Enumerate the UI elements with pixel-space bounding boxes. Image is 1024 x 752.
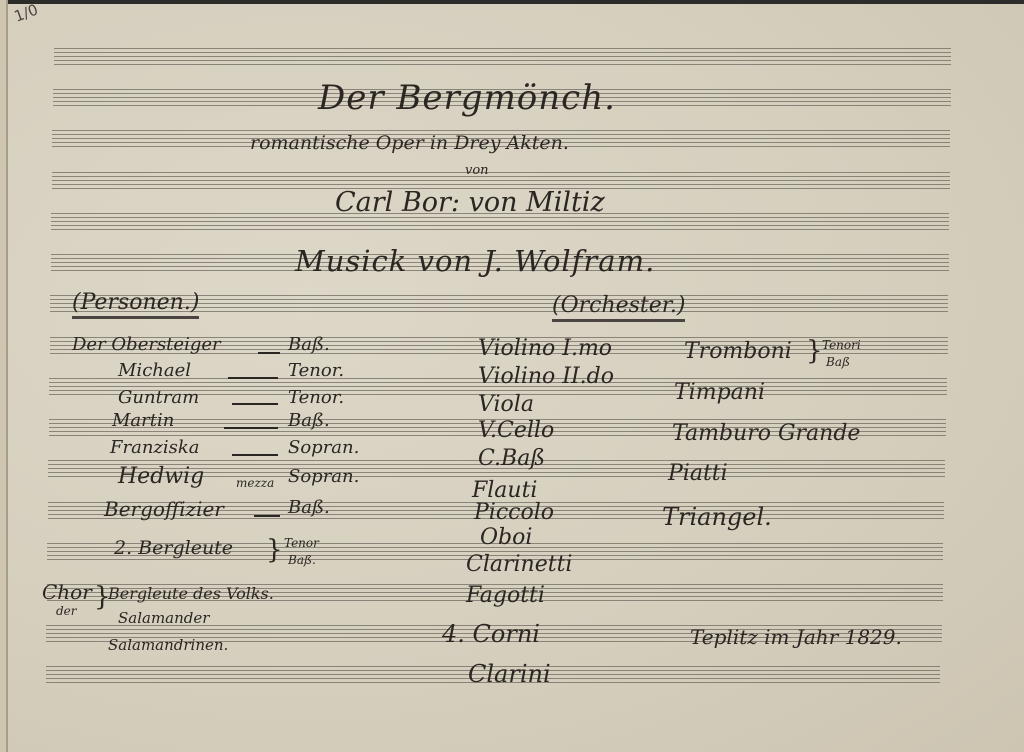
chorus-label-sub: der: [56, 604, 77, 618]
instrument-part-upper: Tenori: [822, 338, 861, 352]
librettist: Carl Bor: von Miltiz: [335, 187, 605, 218]
role-dash: [228, 377, 278, 379]
opera-subtitle: romantische Oper in Drey Akten.: [250, 132, 569, 154]
by-label: von: [465, 163, 489, 178]
instrument: V.Cello: [478, 418, 554, 443]
instrument: C.Baß: [478, 446, 545, 471]
instrument: Clarinetti: [466, 552, 572, 577]
instrument: Fagotti: [466, 583, 545, 608]
instrument: Piatti: [668, 461, 728, 486]
person-role: Franziska: [110, 437, 200, 458]
person-role: Guntram: [118, 387, 199, 408]
person-voice-upper: Tenor: [284, 536, 319, 550]
person-voice: Baß.: [288, 497, 330, 518]
instrument: Oboi: [480, 525, 532, 550]
role-dash: [254, 515, 280, 517]
person-role: Der Obersteiger: [72, 334, 221, 355]
person-voice: Tenor.: [288, 360, 344, 381]
staff: [54, 48, 951, 65]
person-role: Hedwig: [118, 464, 204, 489]
person-role: Martin: [112, 410, 174, 431]
chorus-member: Salamander: [118, 609, 209, 627]
composer: Musick von J. Wolfram.: [295, 244, 655, 278]
instrument: 4. Corni: [442, 620, 540, 648]
person-qualifier: mezza: [236, 476, 274, 490]
chorus-label: Chor: [42, 580, 92, 604]
person-role: Bergoffizier: [104, 497, 224, 521]
instrument: Piccolo: [474, 500, 554, 525]
instrument: Timpani: [674, 380, 765, 405]
instrument: Clarini: [468, 660, 551, 688]
chorus-member: Bergleute des Volks.: [108, 584, 274, 603]
instrument-part-lower: Baß: [826, 355, 850, 369]
role-dash: [258, 352, 280, 354]
orchestra-heading: (Orchester.): [552, 293, 685, 318]
instrument: Tamburo Grande: [672, 421, 860, 446]
voice-brace: }: [266, 535, 283, 565]
person-voice: Tenor.: [288, 387, 344, 408]
person-voice: Sopran.: [288, 466, 359, 487]
instrument: Violino II.do: [478, 364, 614, 389]
persons-heading-text: (Personen.): [72, 290, 199, 319]
instrument-brace: }: [806, 336, 823, 366]
instrument: Viola: [478, 392, 534, 417]
person-role: Michael: [118, 360, 191, 381]
instrument: Tromboni: [684, 339, 792, 364]
manuscript-page: 1/0 Der Bergmönch. romantische Oper in D…: [0, 0, 1024, 752]
place-date: Teplitz im Jahr 1829.: [690, 625, 902, 649]
role-dash: [224, 427, 278, 429]
role-dash: [232, 454, 278, 456]
chorus-member: Salamandrinen.: [108, 636, 228, 654]
person-voice: Baß.: [288, 410, 330, 431]
person-voice: Sopran.: [288, 437, 359, 458]
instrument: Triangel.: [662, 503, 772, 531]
orchestra-heading-text: (Orchester.): [552, 293, 685, 322]
person-voice-lower: Baß.: [288, 553, 316, 567]
persons-heading: (Personen.): [72, 290, 199, 315]
opera-title: Der Bergmönch.: [318, 78, 616, 118]
role-dash: [232, 403, 278, 405]
person-voice: Baß.: [288, 334, 330, 355]
instrument: Violino I.mo: [478, 336, 612, 361]
person-role: 2. Bergleute: [114, 537, 233, 559]
